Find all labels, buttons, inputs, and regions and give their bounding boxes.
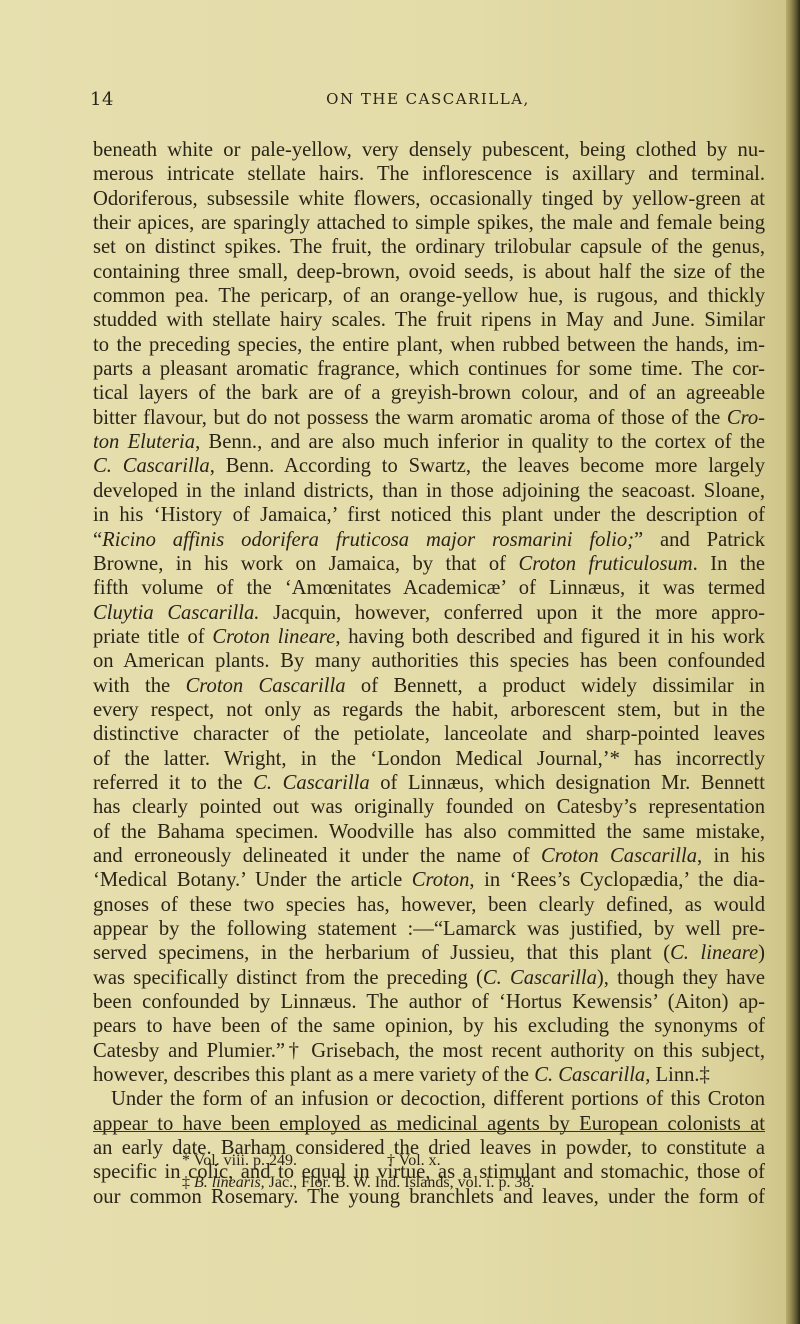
text-segment: ” and Patrick [634, 529, 765, 551]
text-segment: ‘Medical Botany.’ Under the article [93, 869, 412, 891]
text-segment: of the Bahama specimen. Woodville has al… [93, 821, 765, 843]
footnote-double-dagger-text: Jac., Flor. B. W. Ind. Islands, vol. i. … [265, 1174, 535, 1191]
text-line: pears to have been of the same opinion, … [93, 1014, 765, 1038]
italic-text: Croton fruticulosum [518, 553, 692, 575]
footnote-dagger: † Vol. x. [387, 1150, 441, 1172]
text-line: of the latter. Wright, in the ‘London Me… [93, 747, 765, 771]
text-line: common pea. The pericarp, of an orange-y… [93, 284, 765, 308]
italic-text: C. Cascarilla [93, 455, 210, 477]
text-segment: was specifically distinct from the prece… [93, 967, 483, 989]
text-segment: containing three small, deep-brown, ovoi… [93, 261, 765, 283]
text-line: of the Bahama specimen. Woodville has al… [93, 820, 765, 844]
text-segment: ), though they have [597, 967, 765, 989]
text-segment: Catesby and Plumier.”† Grisebach, the mo… [93, 1040, 765, 1062]
text-segment: gnoses of these two species has, however… [93, 894, 765, 916]
text-segment: beneath white or pale-yellow, very dense… [93, 139, 765, 161]
text-line: “Ricino affinis odorifera fruticosa majo… [93, 528, 765, 552]
text-line: every respect, not only as regards the h… [93, 698, 765, 722]
text-line: containing three small, deep-brown, ovoi… [93, 260, 765, 284]
text-segment: priate title of [93, 626, 212, 648]
text-line: priate title of Croton lineare, having b… [93, 625, 765, 649]
italic-text: Ricino affinis odorifera fruticosa major… [102, 529, 634, 551]
text-segment: , Benn. According to Swartz, the leaves … [210, 455, 765, 477]
footnote-row-2: ‡ B. linearis, Jac., Flor. B. W. Ind. Is… [182, 1172, 742, 1194]
text-segment: Odoriferous, subsessile white flowers, o… [93, 188, 765, 210]
text-segment: set on distinct spikes. The fruit, the o… [93, 236, 765, 258]
text-segment: common pea. The pericarp, of an orange-y… [93, 285, 765, 307]
footnote-double-dagger-italic: B. linearis, [194, 1174, 265, 1191]
text-segment: studded with stellate hairy scales. The … [93, 309, 765, 331]
text-line: Browne, in his work on Jamaica, by that … [93, 552, 765, 576]
italic-text: C. Cascarilla [534, 1064, 645, 1086]
text-line: with the Croton Cascarilla of Bennett, a… [93, 674, 765, 698]
italic-text: Croton Cascarilla [541, 845, 697, 867]
text-segment: , in ‘Rees’s Cyclopædia,’ the dia- [469, 869, 765, 891]
text-line: ‘Medical Botany.’ Under the article Crot… [93, 868, 765, 892]
text-line: distinctive character of the petiolate, … [93, 722, 765, 746]
book-page: 14 ON THE CASCARILLA, beneath white or p… [0, 0, 786, 1324]
text-segment: however, describes this plant as a mere … [93, 1064, 534, 1086]
text-line: ton Eluteria, Benn., and are also much i… [93, 430, 765, 454]
italic-text: Croton Cascarilla [186, 675, 346, 697]
text-segment: Jacquin, however, conferred upon it the … [259, 602, 765, 624]
text-line: Catesby and Plumier.”† Grisebach, the mo… [93, 1039, 765, 1063]
text-segment: and erroneously delineated it under the … [93, 845, 541, 867]
text-line: bitter flavour, but do not possess the w… [93, 406, 765, 430]
text-segment: has clearly pointed out was originally f… [93, 796, 765, 818]
text-segment: parts a pleasant aromatic fragrance, whi… [93, 358, 765, 380]
text-segment: developed in the inland districts, than … [93, 480, 765, 502]
text-segment: , having both described and figured it i… [335, 626, 765, 648]
text-line: merous intricate stellate hairs. The inf… [93, 162, 765, 186]
text-line: fifth volume of the ‘Amœnitates Academic… [93, 576, 765, 600]
text-segment: of the latter. Wright, in the ‘London Me… [93, 748, 765, 770]
text-segment: of Linnæus, which designation Mr. Bennet… [370, 772, 765, 794]
body-text: beneath white or pale-yellow, very dense… [93, 138, 765, 1209]
text-segment: with the [93, 675, 186, 697]
italic-text: C. Cascarilla [253, 772, 369, 794]
italic-text: C. lineare [670, 942, 758, 964]
footnote-divider [93, 1131, 765, 1132]
footnote-star: * Vol. viii. p. 249. [182, 1152, 297, 1169]
text-line: referred it to the C. Cascarilla of Linn… [93, 771, 765, 795]
text-segment: ) [758, 942, 765, 964]
text-line: was specifically distinct from the prece… [93, 966, 765, 990]
text-line: Cluytia Cascarilla. Jacquin, however, co… [93, 601, 765, 625]
text-segment: every respect, not only as regards the h… [93, 699, 765, 721]
text-line: their apices, are sparingly attached to … [93, 211, 765, 235]
text-segment: tical layers of the bark are of a greyis… [93, 382, 765, 404]
text-segment: Browne, in his work on Jamaica, by that … [93, 553, 518, 575]
text-segment: pears to have been of the same opinion, … [93, 1015, 765, 1037]
text-line: beneath white or pale-yellow, very dense… [93, 138, 765, 162]
text-segment: , Benn., and are also much inferior in q… [195, 431, 765, 453]
text-segment: Under the form of an infusion or decocti… [111, 1088, 765, 1110]
italic-text: Cro- [727, 407, 765, 429]
footnote-row-1: * Vol. viii. p. 249. † Vol. x. [182, 1150, 742, 1172]
footnote-double-dagger-mark: ‡ [182, 1174, 194, 1191]
text-segment: , in his [697, 845, 765, 867]
text-line: however, describes this plant as a mere … [93, 1063, 765, 1087]
text-segment: of Bennett, a product widely dissimilar … [346, 675, 765, 697]
text-segment: bitter flavour, but do not possess the w… [93, 407, 727, 429]
italic-text: Cluytia Cascarilla. [93, 602, 259, 624]
text-line: tical layers of the bark are of a greyis… [93, 381, 765, 405]
text-segment: appear by the following statement :—“Lam… [93, 918, 765, 940]
text-line: developed in the inland districts, than … [93, 479, 765, 503]
text-segment: fifth volume of the ‘Amœnitates Academic… [93, 577, 765, 599]
text-line: Under the form of an infusion or decocti… [93, 1087, 765, 1111]
footnotes: * Vol. viii. p. 249. † Vol. x. ‡ B. line… [182, 1150, 742, 1194]
text-segment: their apices, are sparingly attached to … [93, 212, 765, 234]
text-segment: been confounded by Linnæus. The author o… [93, 991, 765, 1013]
text-line: to the preceding species, the entire pla… [93, 333, 765, 357]
text-segment: , Linn.‡ [645, 1064, 710, 1086]
running-head-title: ON THE CASCARILLA, [90, 90, 766, 108]
text-line: C. Cascarilla, Benn. According to Swartz… [93, 454, 765, 478]
text-line: appear to have been employed as medicina… [93, 1112, 765, 1136]
text-segment: “ [93, 529, 102, 551]
text-segment: on American plants. By many authorities … [93, 650, 765, 672]
italic-text: Croton [412, 869, 470, 891]
text-segment: to the preceding species, the entire pla… [93, 334, 765, 356]
text-line: appear by the following statement :—“Lam… [93, 917, 765, 941]
book-spine-shadow [786, 0, 800, 1324]
text-line: parts a pleasant aromatic fragrance, whi… [93, 357, 765, 381]
text-segment: referred it to the [93, 772, 253, 794]
text-line: gnoses of these two species has, however… [93, 893, 765, 917]
text-line: studded with stellate hairy scales. The … [93, 308, 765, 332]
text-segment: in his ‘History of Jamaica,’ first notic… [93, 504, 765, 526]
running-head: 14 ON THE CASCARILLA, [90, 89, 766, 113]
text-line: has clearly pointed out was originally f… [93, 795, 765, 819]
text-line: set on distinct spikes. The fruit, the o… [93, 235, 765, 259]
text-segment: distinctive character of the petiolate, … [93, 723, 765, 745]
text-segment: merous intricate stellate hairs. The inf… [93, 163, 765, 185]
text-segment: served specimens, in the herbarium of Ju… [93, 942, 670, 964]
text-line: on American plants. By many authorities … [93, 649, 765, 673]
text-line: Odoriferous, subsessile white flowers, o… [93, 187, 765, 211]
italic-text: C. Cascarilla [483, 967, 597, 989]
text-line: served specimens, in the herbarium of Ju… [93, 941, 765, 965]
italic-text: Croton lineare [212, 626, 335, 648]
text-line: and erroneously delineated it under the … [93, 844, 765, 868]
text-segment: . In the [693, 553, 765, 575]
italic-text: ton Eluteria [93, 431, 195, 453]
text-line: in his ‘History of Jamaica,’ first notic… [93, 503, 765, 527]
text-line: been confounded by Linnæus. The author o… [93, 990, 765, 1014]
